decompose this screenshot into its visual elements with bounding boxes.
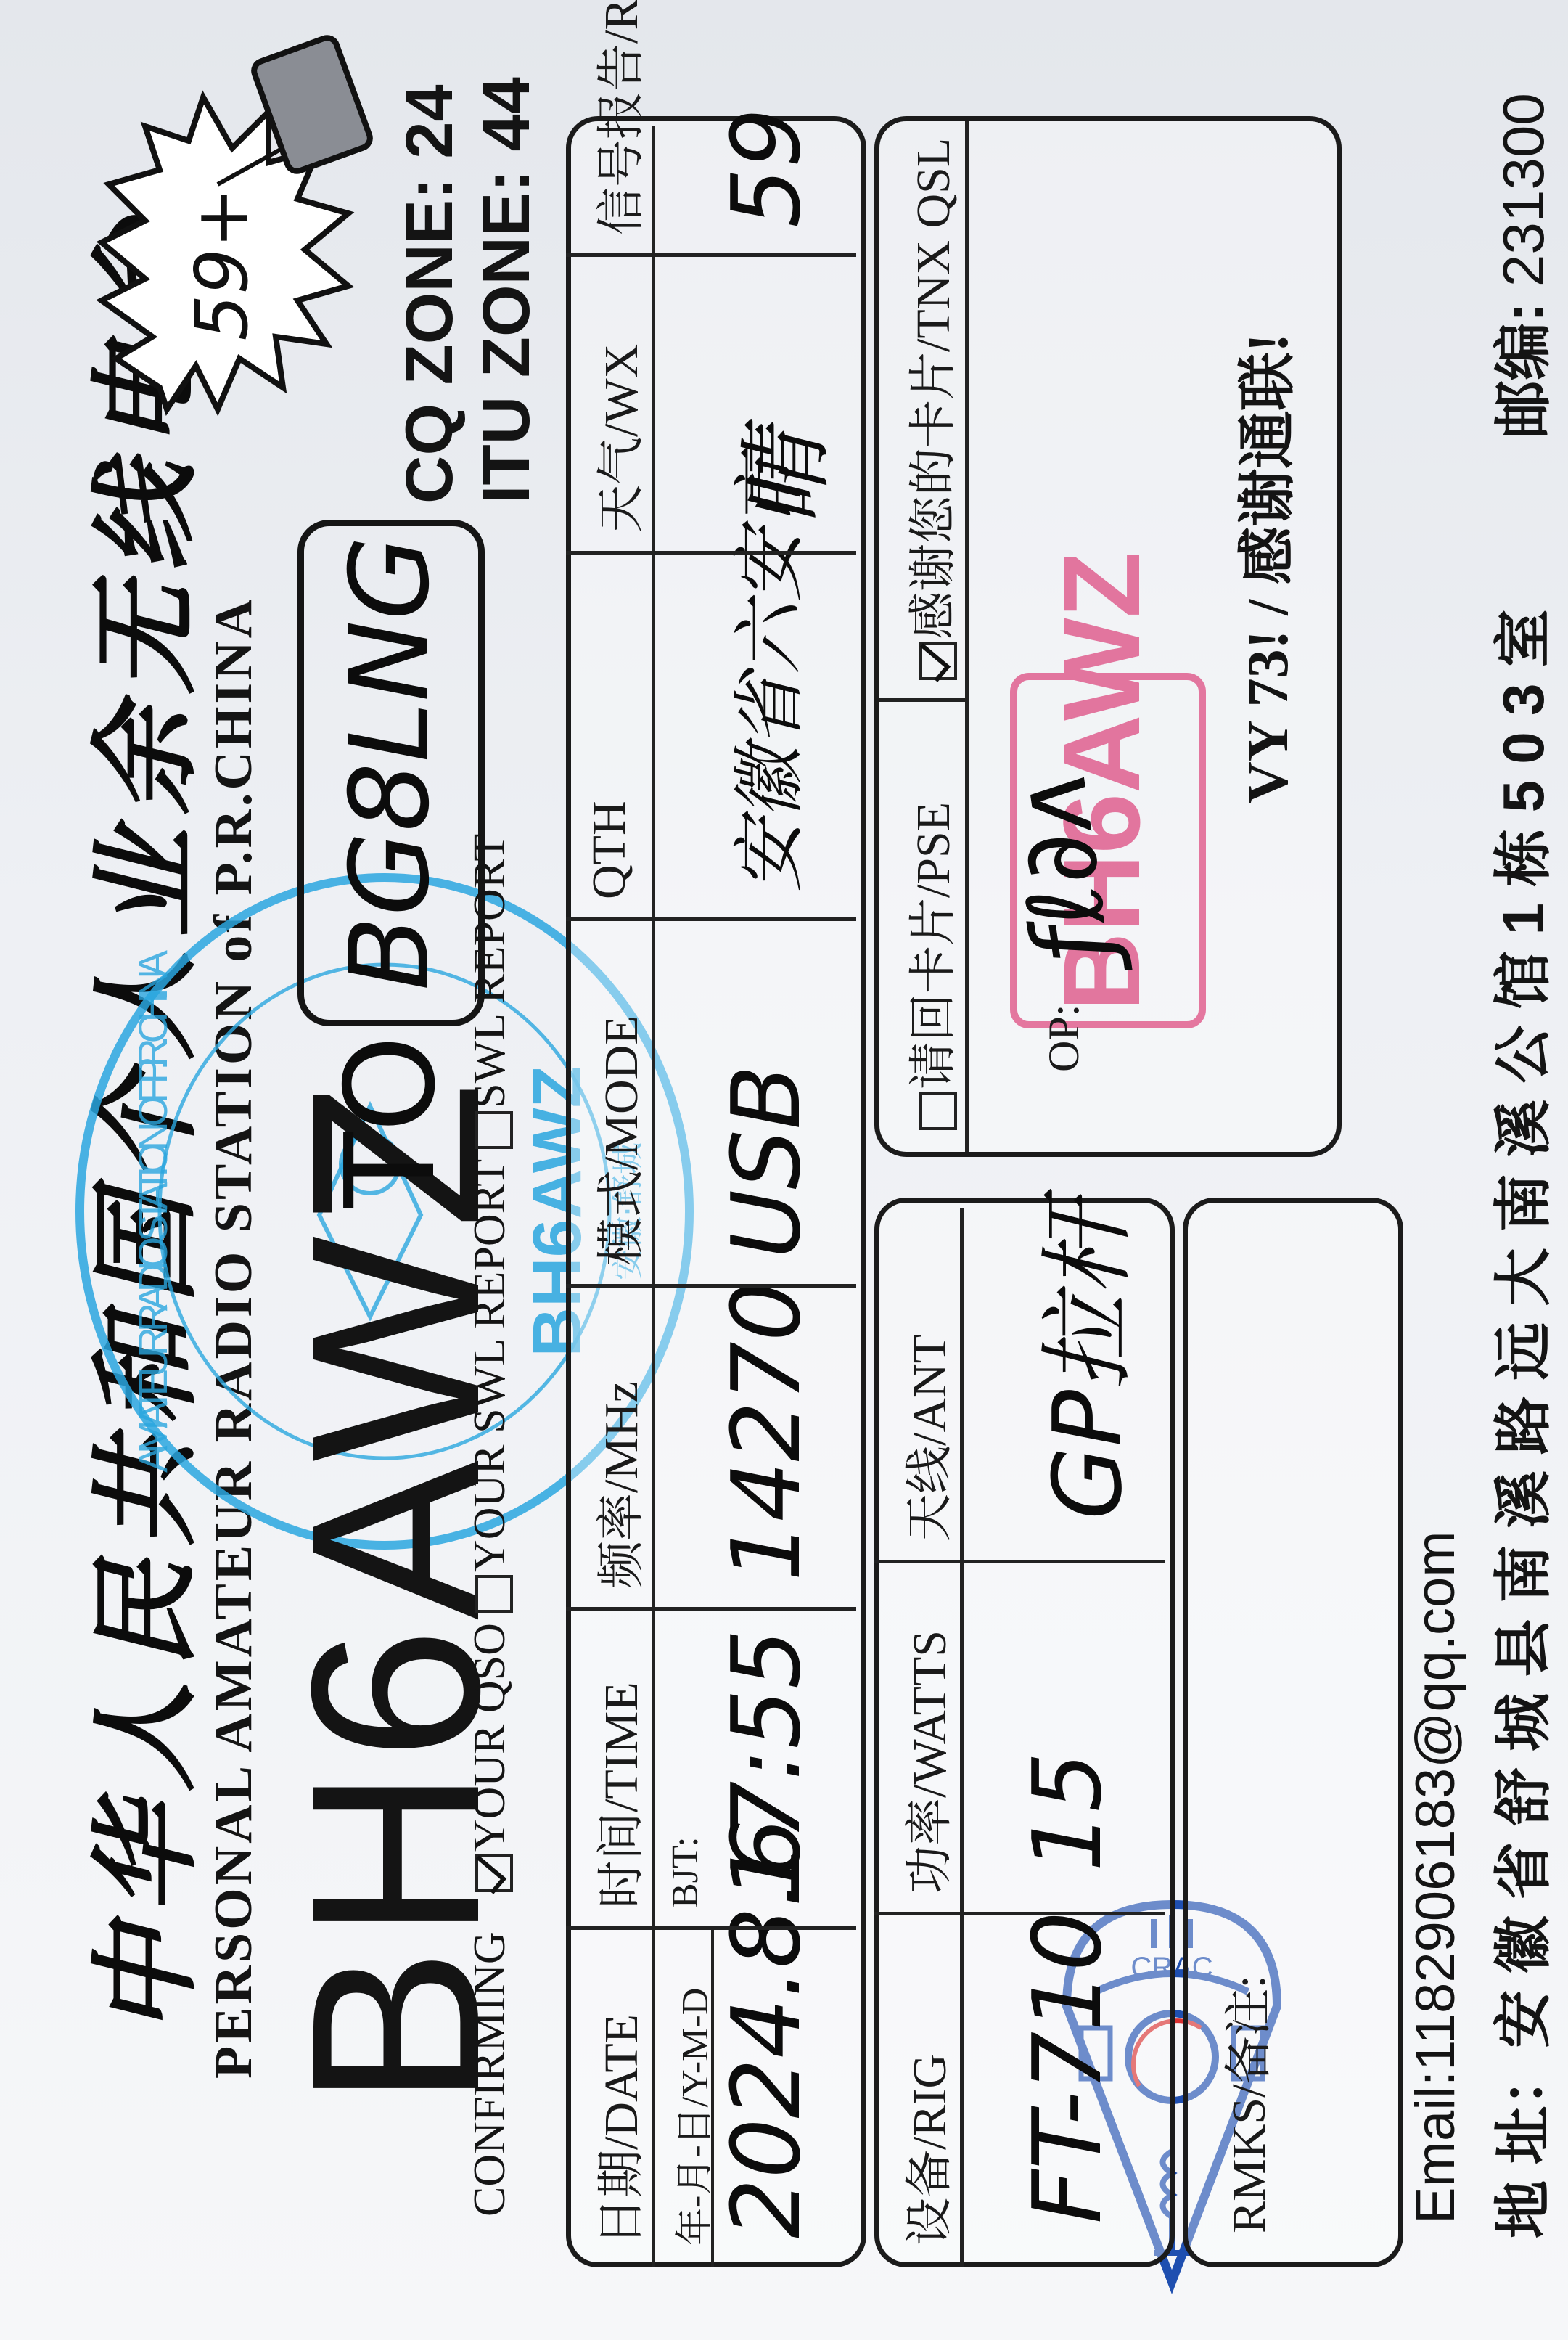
table-divider bbox=[711, 1930, 714, 2267]
header-watts: 功率/WATTS bbox=[890, 1630, 959, 1894]
header-weather: 天气/WX bbox=[582, 344, 651, 533]
checkbox-checked-icon[interactable] bbox=[475, 1854, 513, 1892]
table-divider bbox=[874, 1560, 1165, 1563]
qsl-box: 请回卡片/PSE 感谢您的卡片/TNX QSL BH6AWZ OP: ƒℓ∂ʌ … bbox=[874, 116, 1342, 1157]
time-zone-label: BJT: bbox=[664, 1836, 707, 1908]
value-antenna[interactable]: GP拉杆 bbox=[1012, 1201, 1148, 1520]
header-qth: QTH bbox=[582, 801, 637, 899]
value-mode[interactable]: USB bbox=[711, 1065, 821, 1259]
svg-text:59+: 59+ bbox=[179, 187, 264, 340]
confirming-row: CONFIRMING YOUR QSO YOUR SWL REPORT SWL … bbox=[464, 834, 516, 2217]
table-divider bbox=[566, 1284, 856, 1288]
table-divider bbox=[652, 126, 655, 2267]
option-swl-report[interactable]: SWL REPORT bbox=[464, 834, 516, 1149]
zones: CQ ZONE: 24 ITU ZONE: 44 bbox=[392, 77, 546, 504]
value-rst[interactable]: 59 bbox=[711, 141, 821, 228]
option-your-swl-report[interactable]: YOUR SWL REPORT bbox=[464, 1159, 516, 1613]
checkbox-icon[interactable] bbox=[475, 1111, 513, 1149]
to-label: TO bbox=[319, 1035, 463, 1208]
value-time[interactable]: 17:55 bbox=[711, 1629, 821, 1901]
to-callsign-box: BG8LNG bbox=[297, 520, 485, 1026]
table-divider bbox=[960, 1208, 964, 2267]
email: Email:1182906183@qq.com bbox=[1404, 1531, 1467, 2224]
to-callsign: BG8LNG bbox=[327, 536, 453, 991]
itu-zone: 44 bbox=[469, 77, 543, 151]
radio-bubble-icon: 59+ bbox=[51, 32, 392, 438]
checkbox-icon[interactable] bbox=[919, 1092, 957, 1130]
option-your-qso[interactable]: YOUR QSO bbox=[464, 1623, 516, 1892]
svg-text:AMATEUR RADIO STATION OF P.R.C: AMATEUR RADIO STATION OF P.R.CHINA bbox=[130, 949, 176, 1473]
address: 地 址：安 徽 省 舒 城 县 南 溪 路 远 大 南 溪 公 馆 1 栋 5 … bbox=[1477, 609, 1560, 2238]
qsl-card: CRAC 中华人民共和国个人业余无线电台 PERSONAL AMATEUR RA… bbox=[0, 0, 1568, 2340]
table-divider bbox=[874, 1912, 1165, 1915]
header-rig: 设备/RIG bbox=[890, 2054, 959, 2246]
tnx-option[interactable]: 感谢您的卡片/TNX QSL bbox=[894, 138, 963, 680]
date-format-label: 年-月-日/Y-M-D bbox=[664, 1988, 718, 2246]
header-antenna: 天线/ANT bbox=[890, 1334, 959, 1542]
table-divider bbox=[566, 253, 856, 257]
header-frequency: 频率/MHz bbox=[582, 1381, 651, 1589]
table-divider bbox=[566, 1607, 856, 1611]
checkbox-icon[interactable] bbox=[475, 1575, 513, 1613]
header-rst: 信号报告/RST bbox=[582, 0, 651, 235]
header-date: 日期/DATE bbox=[582, 2014, 651, 2246]
value-watts[interactable]: 15 bbox=[1012, 1752, 1122, 1872]
table-divider bbox=[566, 917, 856, 921]
remarks-label: RMKS/备注: bbox=[1210, 1975, 1278, 2233]
table-divider bbox=[566, 551, 856, 555]
value-qth[interactable]: 安徽省六安市 bbox=[711, 569, 816, 892]
pse-option[interactable]: 请回卡片/PSE bbox=[894, 802, 963, 1130]
header-mode: 模式/MODE bbox=[582, 1015, 651, 1266]
cq-zone: 24 bbox=[393, 84, 467, 158]
postcode: 邮编: 231300 bbox=[1477, 93, 1560, 438]
confirming-label: CONFIRMING bbox=[464, 1931, 516, 2217]
op-label: OP: bbox=[1039, 1005, 1089, 1072]
value-rig[interactable]: FT-710 bbox=[1012, 1911, 1122, 2224]
value-weather[interactable]: 晴 bbox=[711, 431, 847, 525]
header-time: 时间/TIME bbox=[582, 1682, 651, 1908]
closing-text: VY 73! / 感谢通联! bbox=[1220, 333, 1304, 803]
value-date[interactable]: 2024.8.6 bbox=[711, 1944, 821, 2238]
value-frequency[interactable]: 14270 bbox=[711, 1302, 821, 1582]
checkbox-checked-icon[interactable] bbox=[919, 642, 957, 680]
remarks-box[interactable]: RMKS/备注: bbox=[1183, 1198, 1403, 2267]
